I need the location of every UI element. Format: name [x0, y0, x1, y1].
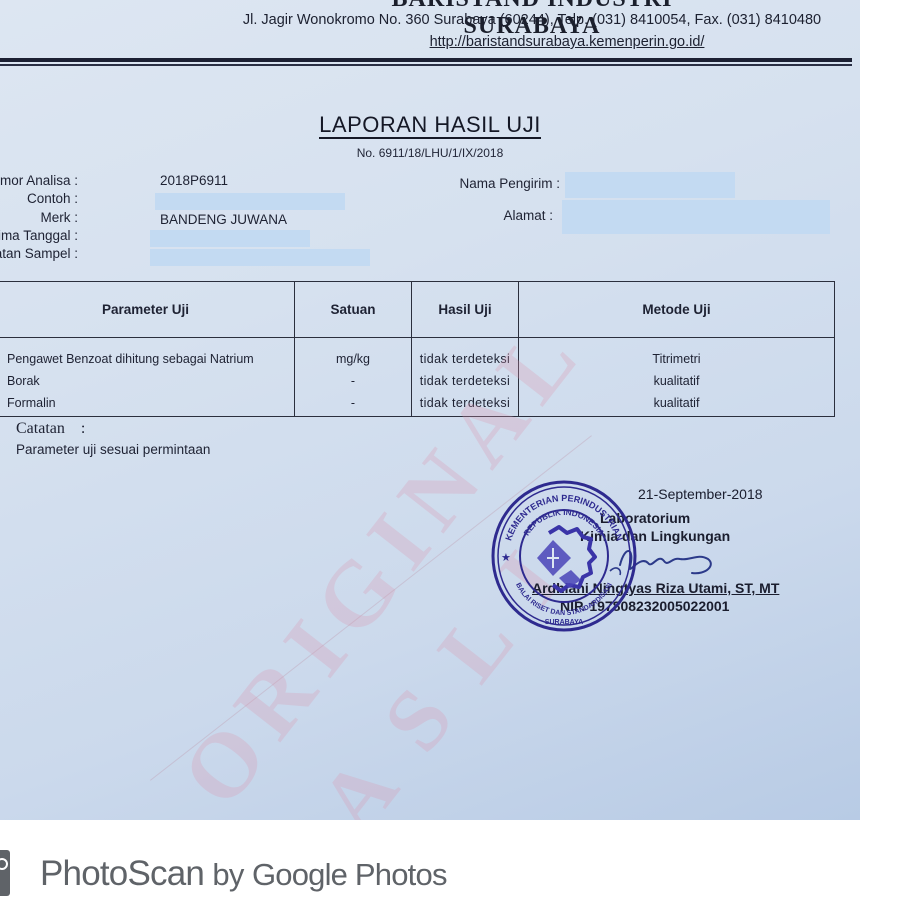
table-cell-method: Titrimetri [519, 348, 834, 370]
table-body-row: Pengawet Benzoat dihitung sebagai Natriu… [0, 338, 835, 417]
header-unit: Satuan [295, 282, 412, 338]
brand-by: by [212, 857, 243, 892]
table-cell-unit: - [295, 392, 411, 414]
header-method: Metode Uji [519, 282, 835, 338]
column-result: tidak terdeteksi tidak terdeteksi tidak … [412, 338, 519, 417]
field-label-nama-pengirim: Nama Pengirim : [459, 176, 560, 191]
table-cell-result: tidak terdeteksi [412, 348, 518, 370]
field-label-catatan-sampel: Catatan Sampel : [0, 246, 78, 261]
field-label-contoh: Contoh : [27, 191, 78, 206]
table-cell-result: tidak terdeteksi [412, 392, 518, 414]
header-result: Hasil Uji [412, 282, 519, 338]
report-number: No. 6911/18/LHU/1/IX/2018 [300, 146, 560, 160]
letterhead-divider-thin [0, 64, 852, 66]
table-cell-parameter: Pengawet Benzoat dihitung sebagai Natriu… [0, 348, 294, 370]
svg-text:SURABAYA: SURABAYA [545, 619, 583, 626]
institution-url: http://baristandsurabaya.kemenperin.go.i… [222, 34, 860, 50]
column-method: Titrimetri kualitatif kualitatif [519, 338, 835, 417]
svg-text:KEMENTERIAN PERINDUSTRIAN: KEMENTERIAN PERINDUSTRIAN [503, 493, 624, 542]
photo-scan-view: BARISTAND INDUSTRI SURABAYA Jl. Jagir Wo… [0, 0, 918, 918]
svg-text:★: ★ [501, 552, 511, 564]
redacted-alamat [562, 200, 830, 234]
redacted-contoh [155, 193, 345, 210]
report-title: LAPORAN HASIL UJI [300, 112, 560, 138]
field-value-nomor-analisa: 2018P6911 [160, 173, 228, 188]
table-cell-parameter: Formalin [0, 392, 294, 414]
table-cell-method: kualitatif [519, 370, 834, 392]
header-parameter: Parameter Uji [0, 282, 295, 338]
brand-vendor: Google Photos [252, 857, 447, 892]
brand-name: PhotoScan [40, 854, 204, 893]
notes-label: Catatan : [16, 420, 85, 438]
notes-text: Parameter uji sesuai permintaan [16, 442, 210, 457]
photoscan-app-icon [0, 850, 10, 896]
field-label-diterima-tanggal: Diterima Tanggal : [0, 228, 78, 243]
redacted-diterima-tanggal [150, 230, 310, 247]
table-header-row: Parameter Uji Satuan Hasil Uji Metode Uj… [0, 282, 835, 338]
photoscan-branding: PhotoScan by Google Photos [40, 854, 447, 894]
signature-date: 21-September-2018 [638, 486, 763, 502]
field-label-nomor-analisa: Nomor Analisa : [0, 173, 78, 188]
field-value-merk: BANDENG JUWANA [160, 212, 287, 227]
table-cell-parameter: Borak [0, 370, 294, 392]
institution-address: Jl. Jagir Wonokromo No. 360 Surabaya (60… [222, 12, 842, 28]
redacted-catatan-sampel [150, 249, 370, 266]
photoscan-footer: PhotoScan by Google Photos [0, 820, 918, 918]
table-cell-unit: - [295, 370, 411, 392]
table-cell-result: tidak terdeteksi [412, 370, 518, 392]
results-table: Parameter Uji Satuan Hasil Uji Metode Uj… [0, 281, 835, 417]
table-cell-unit: mg/kg [295, 348, 411, 370]
official-stamp-icon: KEMENTERIAN PERINDUSTRIAN REPUBLIK INDON… [489, 478, 639, 634]
redacted-nama-pengirim [565, 172, 735, 198]
letterhead-divider-thick [0, 58, 852, 62]
field-label-alamat: Alamat : [503, 208, 553, 223]
report-title-text: LAPORAN HASIL UJI [319, 112, 541, 139]
scanned-document: BARISTAND INDUSTRI SURABAYA Jl. Jagir Wo… [0, 0, 860, 820]
column-unit: mg/kg - - [295, 338, 412, 417]
column-parameter: Pengawet Benzoat dihitung sebagai Natriu… [0, 338, 295, 417]
field-label-merk: Merk : [40, 210, 78, 225]
table-cell-method: kualitatif [519, 392, 834, 414]
